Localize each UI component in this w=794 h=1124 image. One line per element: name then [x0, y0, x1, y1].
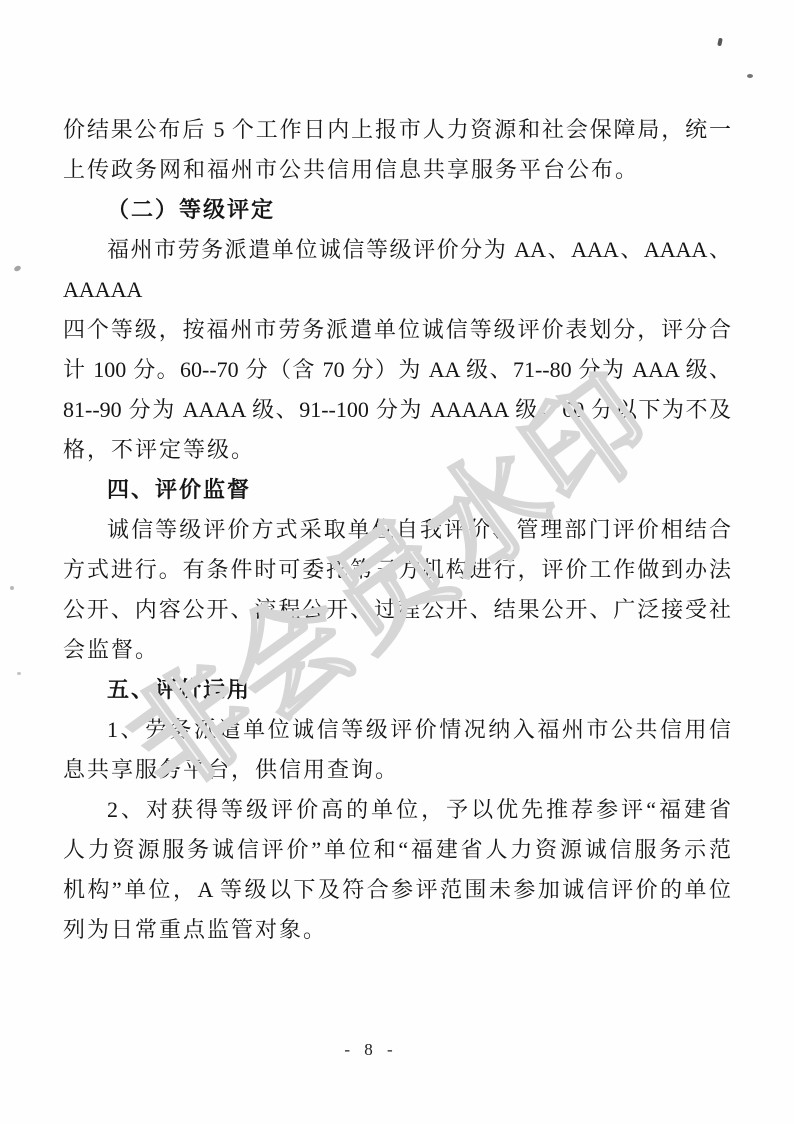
scan-speck — [10, 586, 14, 590]
text-line: 机构”单位，A 等级以下及符合参评范围未参加诚信评价的单位 — [63, 870, 731, 910]
section-heading: 四、评价监督 — [63, 470, 731, 510]
text-line: 人力资源服务诚信评价”单位和“福建省人力资源诚信服务示范 — [63, 830, 731, 870]
text-line: 诚信等级评价方式采取单位自我评价、管理部门评价相结合 — [63, 510, 731, 550]
text-line: 四个等级，按福州市劳务派遣单位诚信等级评价表划分，评分合 — [63, 310, 731, 350]
text-line: 公开、内容公开、流程公开、过程公开、结果公开、广泛接受社 — [63, 590, 731, 630]
text-line: 福州市劳务派遣单位诚信等级评价分为 AA、AAA、AAAA、AAAAA — [63, 230, 731, 310]
text-line: 上传政务网和福州市公共信用信息共享服务平台公布。 — [63, 150, 731, 190]
text-line: 价结果公布后 5 个工作日内上报市人力资源和社会保障局，统一 — [63, 110, 731, 150]
text-line: 会监督。 — [63, 630, 731, 670]
text-line: 格，不评定等级。 — [63, 430, 731, 470]
page-number: - 8 - — [0, 1040, 768, 1060]
section-heading: 五、评价运用 — [63, 670, 731, 710]
text-line: 列为日常重点监管对象。 — [63, 910, 731, 950]
document-body: 价结果公布后 5 个工作日内上报市人力资源和社会保障局，统一上传政务网和福州市公… — [63, 110, 731, 950]
text-line: 1、劳务派遣单位诚信等级评价情况纳入福州市公共信用信 — [63, 710, 731, 750]
scan-speck — [717, 38, 723, 47]
scan-speck — [13, 265, 21, 272]
text-line: 方式进行。有条件时可委托第三方机构进行，评价工作做到办法 — [63, 550, 731, 590]
section-heading: （二）等级评定 — [63, 190, 731, 230]
text-line: 息共享服务平台，供信用查询。 — [63, 750, 731, 790]
scan-speck — [17, 672, 21, 675]
scan-speck — [747, 74, 753, 78]
text-line: 81--90 分为 AAAA 级、91--100 分为 AAAAA 级。60 分… — [63, 390, 731, 430]
document-page: 非会员水印 价结果公布后 5 个工作日内上报市人力资源和社会保障局，统一上传政务… — [0, 0, 794, 1124]
text-line: 2、对获得等级评价高的单位，予以优先推荐参评“福建省 — [63, 790, 731, 830]
text-line: 计 100 分。60--70 分（含 70 分）为 AA 级、71--80 分为… — [63, 350, 731, 390]
